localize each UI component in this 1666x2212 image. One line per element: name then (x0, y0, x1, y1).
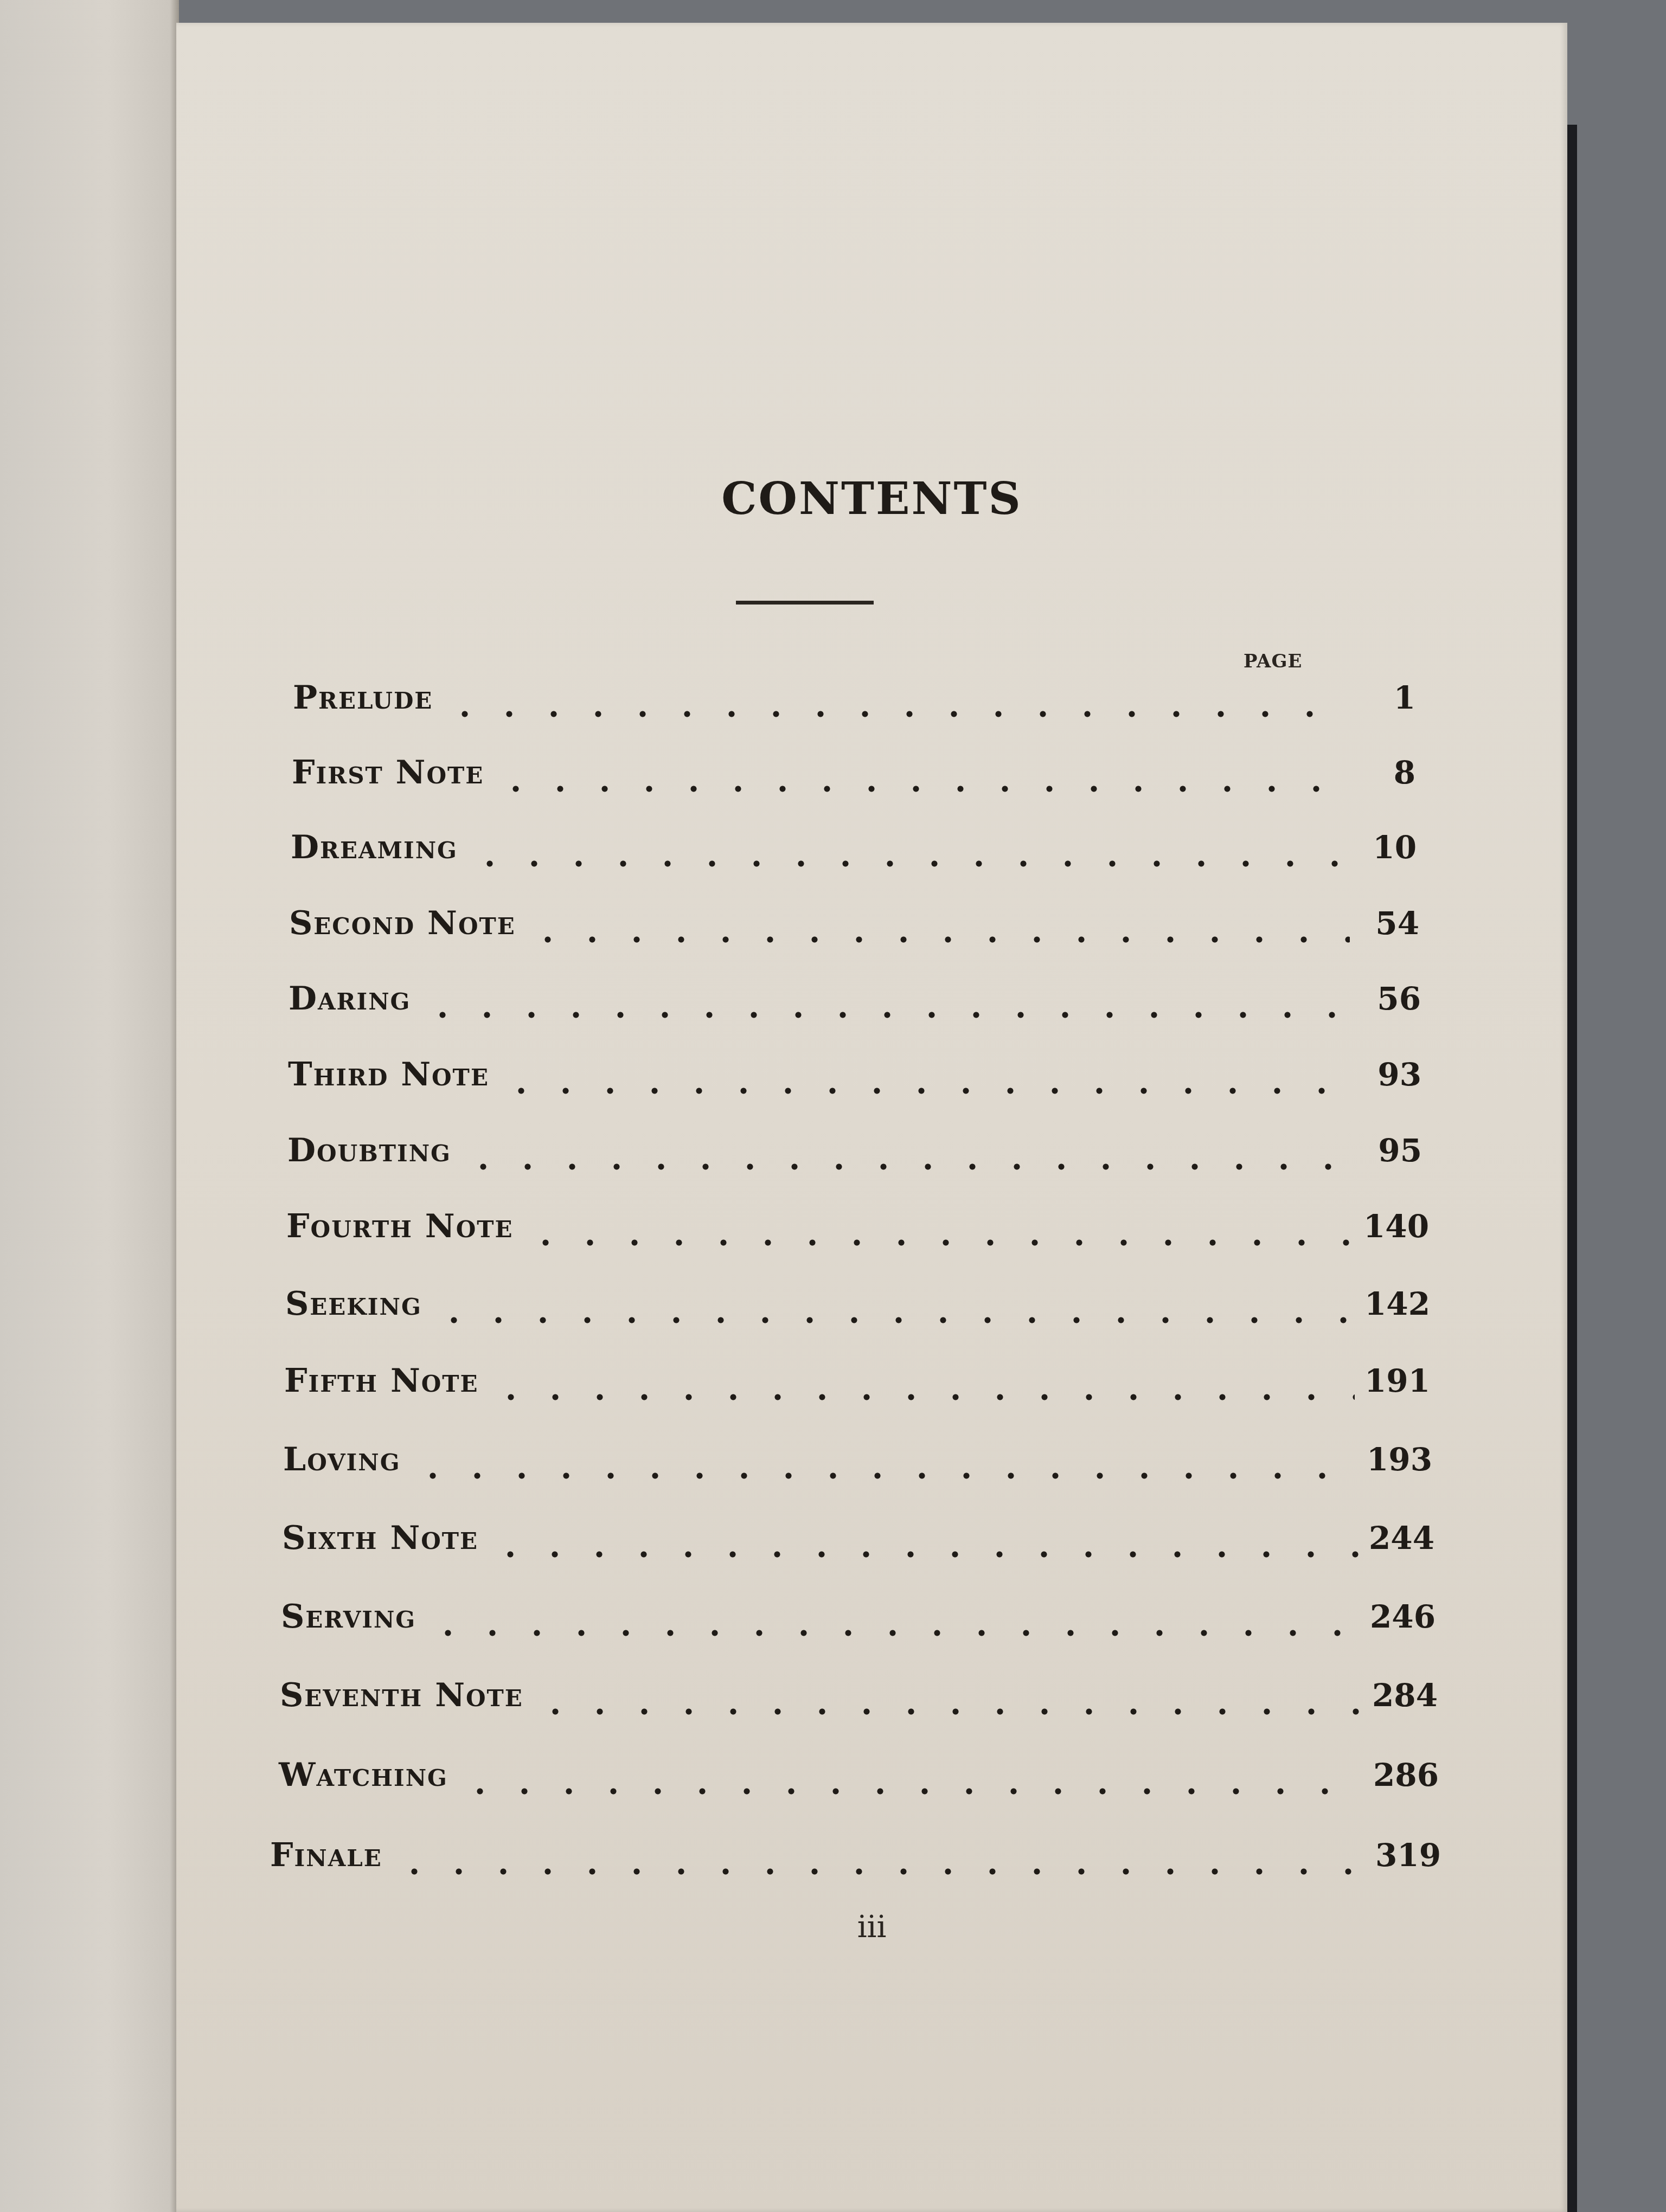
toc-entry: Serving246 (281, 1598, 1430, 1647)
toc-entry: First Note8 (292, 754, 1415, 802)
dot-leader (523, 1239, 1354, 1246)
toc-entry: Finale319 (270, 1836, 1435, 1885)
toc-entry-page: 56 (1361, 980, 1421, 1017)
toc-entry-title: Watching (279, 1756, 448, 1794)
toc-entry-title: Seeking (285, 1285, 422, 1323)
toc-entry: Seventh Note284 (280, 1676, 1432, 1725)
toc-entry-page: 319 (1375, 1837, 1435, 1874)
toc-entry: Prelude1 (293, 679, 1415, 728)
toc-entry-page: 142 (1364, 1285, 1424, 1322)
dot-leader (432, 1316, 1355, 1324)
toc-entry: Fourth Note140 (286, 1207, 1423, 1256)
toc-entry: Second Note54 (289, 904, 1419, 953)
page-number-folio: iii (176, 1909, 1567, 1945)
toc-entry: Third Note93 (288, 1056, 1421, 1104)
toc-entry-title: Sixth Note (282, 1519, 478, 1557)
toc-entry-page: 191 (1364, 1362, 1424, 1399)
dot-leader (411, 1472, 1357, 1480)
toc-entry-title: Serving (281, 1598, 416, 1636)
toc-entry: Daring56 (289, 980, 1421, 1028)
dot-leader (426, 1629, 1360, 1637)
toc-entry-page: 284 (1372, 1677, 1432, 1714)
dot-leader (488, 1551, 1359, 1558)
dot-leader (443, 710, 1346, 718)
toc-entry-title: Loving (283, 1441, 401, 1478)
dot-leader (467, 860, 1347, 867)
toc-entry-page: 193 (1367, 1441, 1426, 1478)
dot-leader (533, 1708, 1362, 1715)
dot-leader (461, 1163, 1353, 1171)
title-rule-divider (736, 601, 874, 605)
toc-entry-title: Fifth Note (284, 1362, 479, 1400)
toc-entry-title: Finale (270, 1836, 382, 1874)
toc-entry-page: 95 (1362, 1132, 1422, 1169)
toc-entry-page: 8 (1356, 754, 1415, 791)
dot-leader (392, 1868, 1366, 1875)
toc-entry-title: Seventh Note (280, 1676, 523, 1714)
toc-entry-title: Second Note (289, 904, 516, 942)
dot-leader (458, 1787, 1363, 1795)
toc-entry-title: Prelude (293, 679, 433, 717)
left-page (0, 0, 179, 2212)
toc-entry-title: First Note (292, 754, 484, 792)
dot-leader (499, 1087, 1352, 1095)
toc-entry-page: 54 (1360, 905, 1419, 942)
toc-entry-title: Daring (289, 980, 411, 1018)
toc-entry-page: 1 (1356, 679, 1415, 716)
contents-page: CONTENTS PAGE Prelude1 First Note8 Dream… (176, 23, 1567, 2212)
toc-entry: Sixth Note244 (282, 1519, 1428, 1568)
toc-entry: Fifth Note191 (284, 1362, 1424, 1411)
toc-entry-title: Third Note (288, 1056, 489, 1094)
toc-entry-title: Dreaming (291, 828, 458, 866)
toc-entry-page: 244 (1369, 1520, 1428, 1557)
toc-entry-page: 286 (1373, 1757, 1433, 1793)
toc-entry-page: 93 (1362, 1056, 1421, 1093)
toc-entry: Loving193 (283, 1441, 1426, 1489)
toc-entry: Seeking142 (285, 1285, 1424, 1334)
dot-leader (526, 936, 1350, 943)
toc-entry-title: Doubting (287, 1131, 451, 1169)
toc-entry: Dreaming10 (291, 828, 1417, 877)
toc-entry-title: Fourth Note (286, 1207, 514, 1245)
dot-leader (420, 1011, 1351, 1019)
toc-entry-page: 246 (1370, 1598, 1430, 1635)
page-title: CONTENTS (176, 473, 1567, 525)
toc-entry: Watching286 (279, 1756, 1433, 1805)
page-column-label: PAGE (1244, 651, 1302, 672)
toc-entry: Doubting95 (287, 1131, 1422, 1180)
toc-entry-page: 140 (1363, 1208, 1423, 1245)
toc-entry-page: 10 (1357, 829, 1417, 866)
dot-leader (494, 785, 1346, 793)
dot-leader (489, 1393, 1355, 1401)
